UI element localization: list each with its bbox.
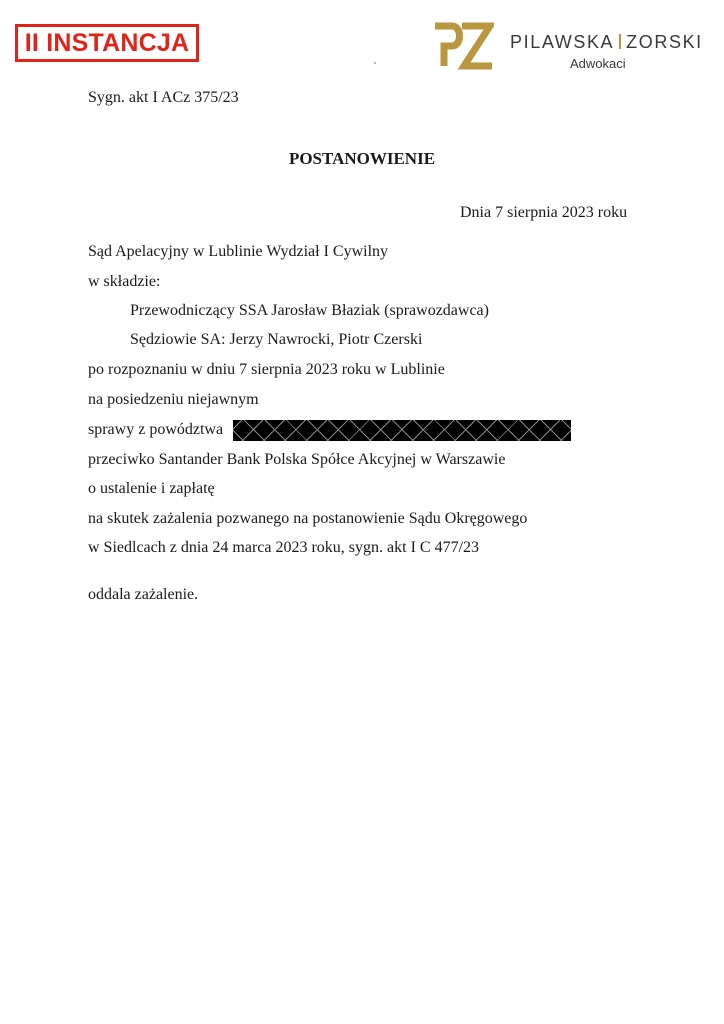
- logo-name-right: ZORSKI: [626, 32, 703, 52]
- logo-separator: [619, 34, 621, 49]
- logo-name: PILAWSKAZORSKI: [510, 32, 703, 53]
- scan-artifact: [374, 62, 376, 64]
- appeal-basis: na skutek zażalenia pozwanego na postano…: [88, 511, 527, 527]
- law-firm-logo: PILAWSKAZORSKI Adwokaci: [432, 22, 712, 72]
- case-number: Sygn. akt I ACz 375/23: [88, 90, 239, 106]
- court-name: Sąd Apelacyjny w Lublinie Wydział I Cywi…: [88, 244, 388, 260]
- judges: Sędziowie SA: Jerzy Nawrocki, Piotr Czer…: [130, 332, 422, 348]
- presiding-judge: Przewodniczący SSA Jarosław Błaziak (spr…: [130, 303, 489, 319]
- claim-subject: o ustalenie i zapłatę: [88, 481, 215, 497]
- redacted-plaintiff: [233, 420, 571, 441]
- logo-subtitle: Adwokaci: [570, 56, 626, 71]
- pz-monogram-icon: [432, 22, 494, 70]
- instance-badge: II INSTANCJA: [15, 24, 199, 62]
- composition-label: w składzie:: [88, 274, 160, 290]
- document-title: POSTANOWIENIE: [0, 150, 724, 167]
- lower-court-ref: w Siedlcach z dnia 24 marca 2023 roku, s…: [88, 540, 479, 556]
- defendant: przeciwko Santander Bank Polska Spółce A…: [88, 452, 505, 468]
- document-date: Dnia 7 sierpnia 2023 roku: [460, 205, 627, 221]
- ruling: oddala zażalenie.: [88, 587, 198, 603]
- logo-name-left: PILAWSKA: [510, 32, 614, 52]
- session-type: na posiedzeniu niejawnym: [88, 392, 259, 408]
- plaintiff-label: sprawy z powództwa: [88, 422, 223, 438]
- hearing-info: po rozpoznaniu w dniu 7 sierpnia 2023 ro…: [88, 362, 445, 378]
- instance-badge-text: II INSTANCJA: [25, 31, 189, 56]
